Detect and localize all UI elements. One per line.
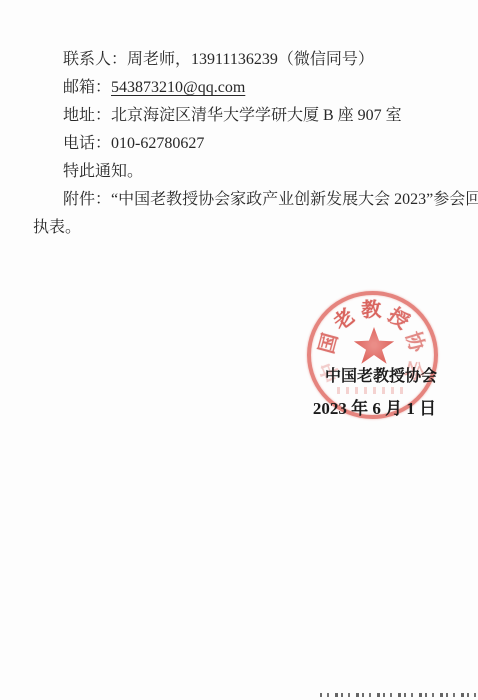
document-page: 联系人：周老师，13911136239（微信同号） 邮箱：543873210@q… xyxy=(0,0,478,700)
address-line: 地址：北京海淀区清华大学学研大厦 B 座 907 室 xyxy=(33,102,453,130)
seal-faint-marks xyxy=(337,387,409,394)
attachment-line-1: 附件：“中国老教授协会家政产业创新发展大会 2023”参会回 xyxy=(33,186,453,214)
email-line: 邮箱：543873210@qq.com xyxy=(33,74,453,102)
issue-date: 2023 年 6 月 1 日 xyxy=(307,394,442,419)
organization-name: 中国老教授协会 xyxy=(316,363,446,386)
email-address: 543873210@qq.com xyxy=(111,79,245,96)
notice-closing-line: 特此通知。 xyxy=(33,158,453,186)
contact-line: 联系人：周老师，13911136239（微信同号） xyxy=(33,46,453,74)
email-label: 邮箱： xyxy=(63,79,111,96)
notice-text-block: 联系人：周老师，13911136239（微信同号） 邮箱：543873210@q… xyxy=(33,46,453,242)
phone-line: 电话：010-62780627 xyxy=(33,130,453,158)
attachment-line-2: 执表。 xyxy=(33,214,453,242)
cropped-watermark-fragment xyxy=(320,693,476,697)
seal-ring-char: 教 xyxy=(361,293,382,322)
